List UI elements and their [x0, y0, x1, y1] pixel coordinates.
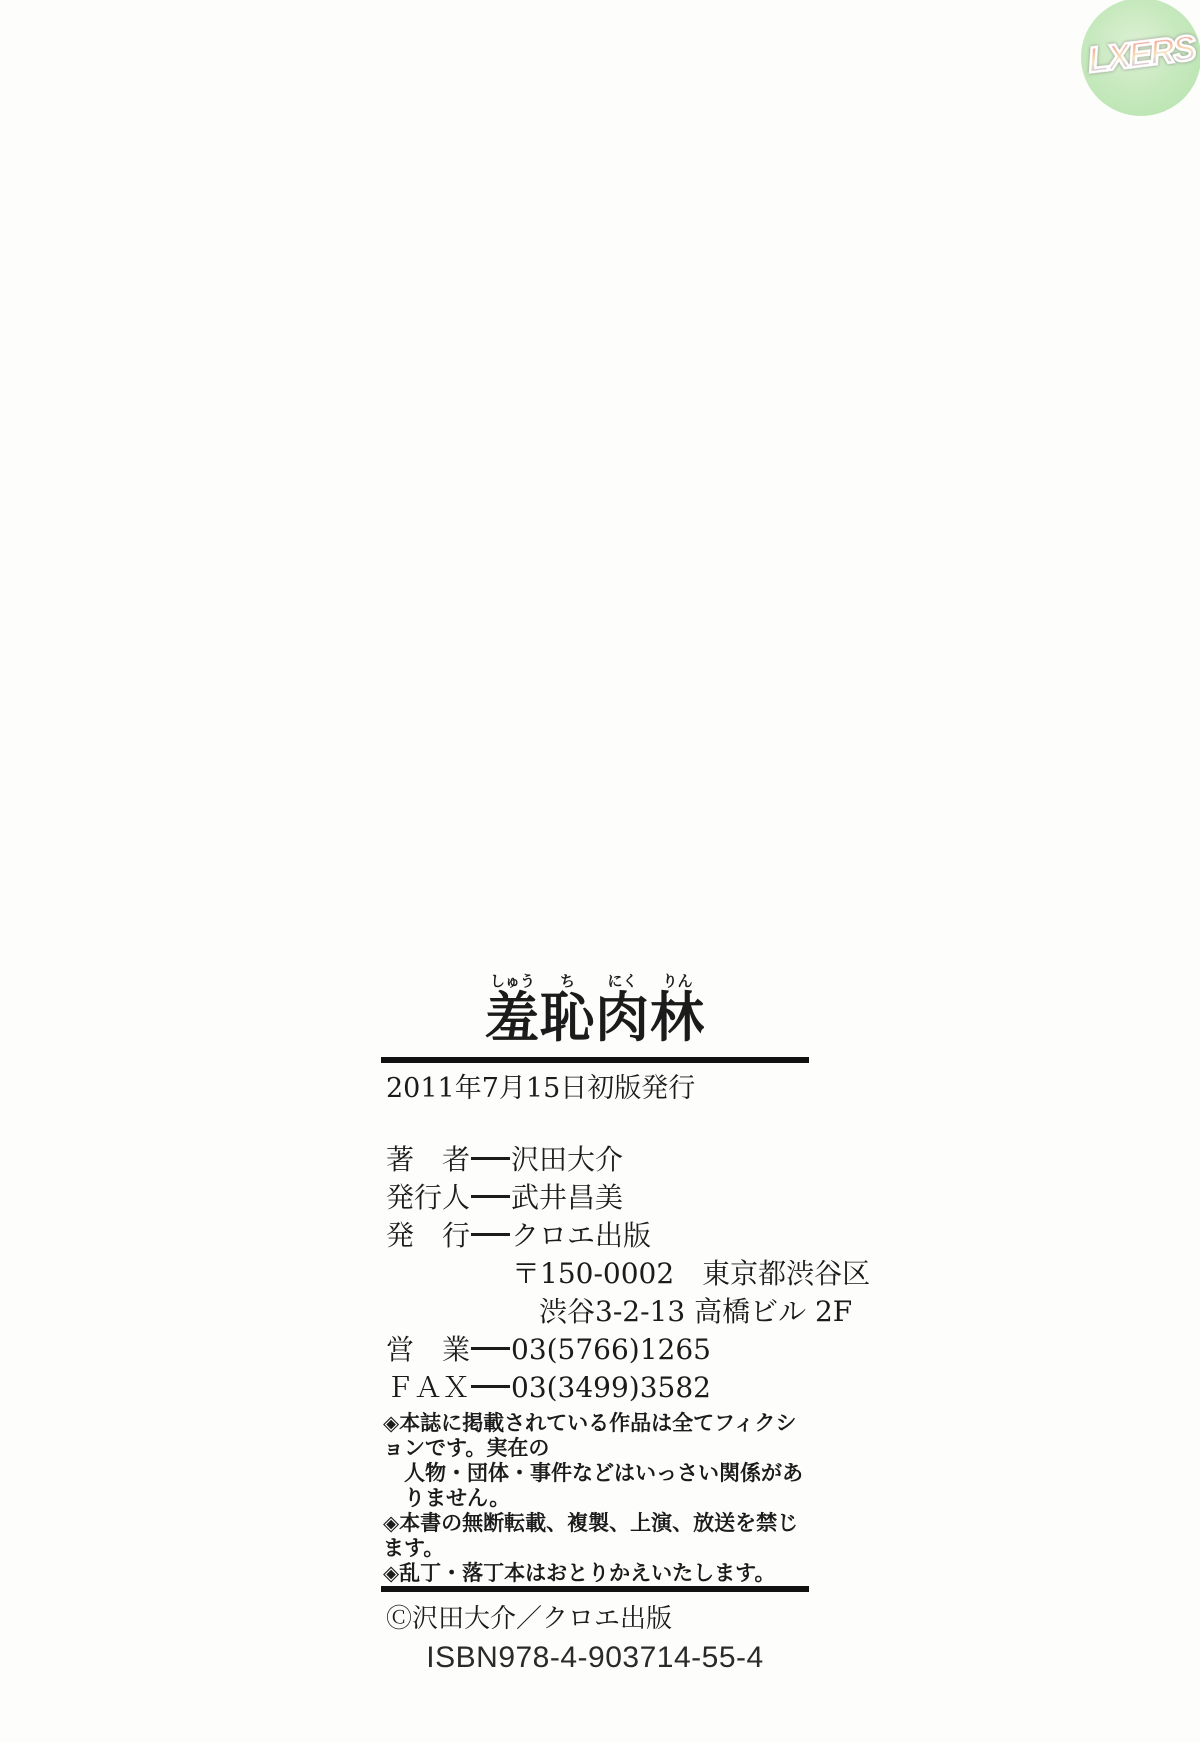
publication-date: 2011年7月15日初版発行: [381, 1074, 809, 1104]
dash-connector: [471, 1347, 510, 1350]
book-title: 羞しゅう恥ち肉にく林りん: [381, 972, 809, 1044]
publisher-logo-badge: LXERS: [1081, 0, 1200, 116]
publisher-address-line: 渋谷3-2-13 高橋ビル 2F: [386, 1293, 809, 1331]
note-no-reproduction: ◈本書の無断転載、複製、上演、放送を禁じます。: [383, 1510, 809, 1560]
title-char: 肉: [595, 985, 650, 1049]
row-value: 03(5766)1265: [511, 1333, 711, 1366]
row-label: 著 者: [386, 1141, 471, 1179]
note-fiction-disclaimer: ◈本誌に掲載されている作品は全てフィクションです。実在の: [383, 1410, 809, 1460]
dash-connector: [471, 1233, 510, 1236]
isbn-number: ISBN978-4-903714-55-4: [381, 1641, 809, 1675]
row-label: ＦＡＸ: [386, 1369, 471, 1407]
legal-notes: ◈本誌に掲載されている作品は全てフィクションです。実在の 人物・団体・事件などは…: [381, 1410, 809, 1585]
title-furigana: にく: [595, 972, 650, 990]
row-label: 営 業: [386, 1331, 471, 1369]
divider-bottom: [381, 1586, 809, 1592]
divider-top: [381, 1057, 809, 1063]
book-colophon-page: LXERS 羞しゅう恥ち肉にく林りん 2011年7月15日初版発行 著 者沢田大…: [0, 0, 1200, 1742]
publisher-address-line: 〒150-0002 東京都渋谷区: [386, 1255, 809, 1293]
publisher-row: 発 行クロエ出版: [386, 1217, 809, 1255]
logo-text: LXERS: [1085, 29, 1196, 82]
colophon-block: 羞しゅう恥ち肉にく林りん 2011年7月15日初版発行 著 者沢田大介 発行人武…: [381, 972, 809, 1675]
title-furigana: ち: [540, 972, 595, 990]
title-furigana: りん: [650, 972, 705, 990]
title-char: 羞: [485, 985, 540, 1049]
title-furigana: しゅう: [485, 972, 540, 990]
row-value: 沢田大介: [511, 1143, 623, 1176]
row-value: 武井昌美: [511, 1181, 623, 1214]
title-char: 林: [650, 985, 705, 1049]
row-label: 発行人: [386, 1179, 471, 1217]
note-fiction-disclaimer-cont: 人物・団体・事件などはいっさい関係がありません。: [383, 1460, 809, 1510]
title-char: 恥: [540, 985, 595, 1049]
row-label: 発 行: [386, 1217, 471, 1255]
note-defective-copies: ◈乱丁・落丁本はおとりかえいたします。: [383, 1560, 809, 1585]
row-value: 03(3499)3582: [511, 1371, 711, 1404]
publication-info-rows: 著 者沢田大介 発行人武井昌美 発 行クロエ出版 〒150-0002 東京都渋谷…: [381, 1141, 809, 1407]
fax-row: ＦＡＸ03(3499)3582: [386, 1369, 809, 1407]
row-value: クロエ出版: [511, 1219, 651, 1252]
dash-connector: [471, 1385, 510, 1388]
copyright-line: Ⓒ沢田大介／クロエ出版: [381, 1604, 809, 1634]
sales-phone-row: 営 業03(5766)1265: [386, 1331, 809, 1369]
author-row: 著 者沢田大介: [386, 1141, 809, 1179]
dash-connector: [471, 1195, 510, 1198]
dash-connector: [471, 1157, 510, 1160]
issuer-row: 発行人武井昌美: [386, 1179, 809, 1217]
